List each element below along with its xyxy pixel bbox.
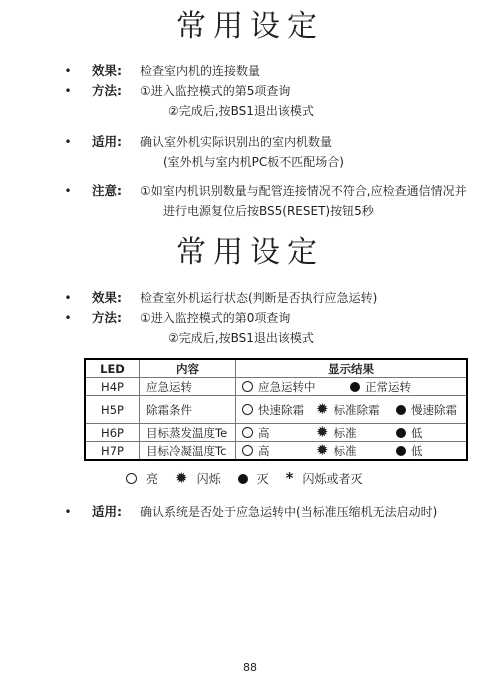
led-state: 标准 [316, 425, 396, 441]
state-label: 低 [411, 425, 423, 441]
table-row: H4P 应急运转 应急运转中 正常运转 [85, 378, 467, 396]
table-row: H6P 目标蒸发温度Te 高 标准 低 [85, 424, 467, 442]
led-cell: H5P [85, 396, 140, 424]
led-state: 低 [396, 425, 423, 441]
filled-circle-icon [396, 405, 406, 415]
state-label: 正常运转 [365, 379, 411, 395]
bullet-icon: • [62, 308, 74, 328]
legend-item: 灭 [238, 470, 269, 487]
page-title: 常用设定 [0, 0, 500, 46]
list-item: • 效果: 检查室内机的连接数量 [0, 61, 500, 81]
item-text: 检查室内机的连接数量 [140, 61, 500, 81]
bullet-icon: • [62, 132, 74, 152]
state-label: 低 [411, 443, 423, 459]
content-cell: 除霜条件 [140, 396, 236, 424]
list-item: • 注意: ①如室内机识别数量与配管连接情况不符合,应检查通信情况并 [0, 181, 500, 201]
result-cell: 高 标准 低 [236, 442, 468, 461]
led-state: 快速除霜 [242, 402, 316, 418]
bullet-icon: • [62, 181, 74, 201]
table-row: H7P 目标冷凝温度Tc 高 标准 低 [85, 442, 467, 461]
state-label: 高 [258, 443, 270, 459]
table-header-content: 内容 [140, 359, 236, 378]
item-text: ①如室内机识别数量与配管连接情况不符合,应检查通信情况并 [140, 181, 500, 201]
table-header-led: LED [85, 359, 140, 378]
list-item: • 适用: 确认系统是否处于应急运转中(当标准压缩机无法启动时) [0, 502, 500, 522]
led-state: 慢速除霜 [396, 402, 457, 418]
led-state: 标准 [316, 443, 396, 459]
led-cell: H6P [85, 424, 140, 442]
list-item: • 效果: 检查室外机运行状态(判断是否执行应急运转) [0, 288, 500, 308]
content-cell: 目标冷凝温度Tc [140, 442, 236, 461]
led-status-table: LED 内容 显示结果 H4P 应急运转 应急运转中 正常运转 [84, 358, 468, 461]
result-cell: 高 标准 低 [236, 424, 468, 442]
bullet-icon: • [62, 61, 74, 81]
item-text-continuation: (室外机与室内机PC板不匹配场合) [0, 152, 500, 172]
item-label: 适用: [92, 132, 140, 152]
state-label: 高 [258, 425, 270, 441]
legend-item: 亮 [126, 470, 158, 487]
led-legend: 亮 闪烁 灭 闪烁或者灭 [126, 470, 500, 487]
result-cell: 快速除霜 标准除霜 慢速除霜 [236, 396, 468, 424]
legend-item: 闪烁 [175, 470, 221, 487]
open-circle-icon [242, 445, 253, 456]
item-text: ①进入监控模式的第5项查询 [140, 81, 500, 101]
item-label: 注意: [92, 181, 140, 201]
list-item: • 适用: 确认室外机实际识别出的室内机数量 [0, 132, 500, 152]
result-cell: 应急运转中 正常运转 [236, 378, 468, 396]
filled-circle-icon [396, 446, 406, 456]
flash-icon [316, 445, 329, 456]
state-label: 标准 [334, 425, 357, 441]
open-circle-icon [126, 473, 137, 484]
led-state: 标准除霜 [316, 402, 396, 418]
section-1: • 效果: 检查室内机的连接数量 • 方法: ①进入监控模式的第5项查询 ②完成… [0, 61, 500, 221]
item-label: 适用: [92, 502, 140, 522]
state-label: 应急运转中 [258, 379, 316, 395]
table-row: H5P 除霜条件 快速除霜 标准除霜 慢 [85, 396, 467, 424]
bullet-icon: • [62, 81, 74, 101]
filled-circle-icon [396, 428, 406, 438]
bullet-icon: • [62, 502, 74, 522]
led-table-wrap: LED 内容 显示结果 H4P 应急运转 应急运转中 正常运转 [84, 358, 500, 461]
item-text-continuation: 进行电源复位后按BS5(RESET)按钮5秒 [0, 201, 500, 221]
led-cell: H4P [85, 378, 140, 396]
item-text: 确认室外机实际识别出的室内机数量 [140, 132, 500, 152]
legend-label: 闪烁或者灭 [302, 470, 362, 487]
page-number: 88 [0, 661, 500, 674]
item-text: ①进入监控模式的第0项查询 [140, 308, 500, 328]
item-text: 检查室外机运行状态(判断是否执行应急运转) [140, 288, 500, 308]
list-item: • 方法: ①进入监控模式的第5项查询 [0, 81, 500, 101]
table-header-row: LED 内容 显示结果 [85, 359, 467, 378]
led-state: 正常运转 [350, 379, 411, 395]
open-circle-icon [242, 381, 253, 392]
item-text: 确认系统是否处于应急运转中(当标准压缩机无法启动时) [140, 502, 500, 522]
state-label: 标准除霜 [334, 402, 380, 418]
flash-icon [175, 473, 188, 484]
led-state: 高 [242, 443, 316, 459]
section-2: • 效果: 检查室外机运行状态(判断是否执行应急运转) • 方法: ①进入监控模… [0, 288, 500, 348]
item-label: 方法: [92, 308, 140, 328]
flash-icon [316, 404, 329, 415]
asterisk-icon [286, 473, 294, 484]
list-item: • 方法: ①进入监控模式的第0项查询 [0, 308, 500, 328]
filled-circle-icon [238, 474, 248, 484]
led-state: 高 [242, 425, 316, 441]
content-cell: 目标蒸发温度Te [140, 424, 236, 442]
state-label: 标准 [334, 443, 357, 459]
item-label: 效果: [92, 61, 140, 81]
flash-icon [316, 427, 329, 438]
bullet-icon: • [62, 288, 74, 308]
led-state: 应急运转中 [242, 379, 350, 395]
content-cell: 应急运转 [140, 378, 236, 396]
item-label: 方法: [92, 81, 140, 101]
item-text-continuation: ②完成后,按BS1退出该模式 [0, 101, 500, 121]
item-text-continuation: ②完成后,按BS1退出该模式 [0, 328, 500, 348]
open-circle-icon [242, 404, 253, 415]
legend-label: 亮 [146, 470, 158, 487]
document-page: 常用设定 • 效果: 检查室内机的连接数量 • 方法: ①进入监控模式的第5项查… [0, 0, 500, 678]
open-circle-icon [242, 427, 253, 438]
state-label: 慢速除霜 [411, 402, 457, 418]
legend-label: 灭 [257, 470, 269, 487]
led-state: 低 [396, 443, 423, 459]
table-header-result: 显示结果 [236, 359, 468, 378]
state-label: 快速除霜 [258, 402, 304, 418]
filled-circle-icon [350, 382, 360, 392]
item-label: 效果: [92, 288, 140, 308]
led-cell: H7P [85, 442, 140, 461]
legend-label: 闪烁 [197, 470, 221, 487]
legend-item: 闪烁或者灭 [286, 470, 363, 487]
page-title-2: 常用设定 [0, 234, 500, 272]
